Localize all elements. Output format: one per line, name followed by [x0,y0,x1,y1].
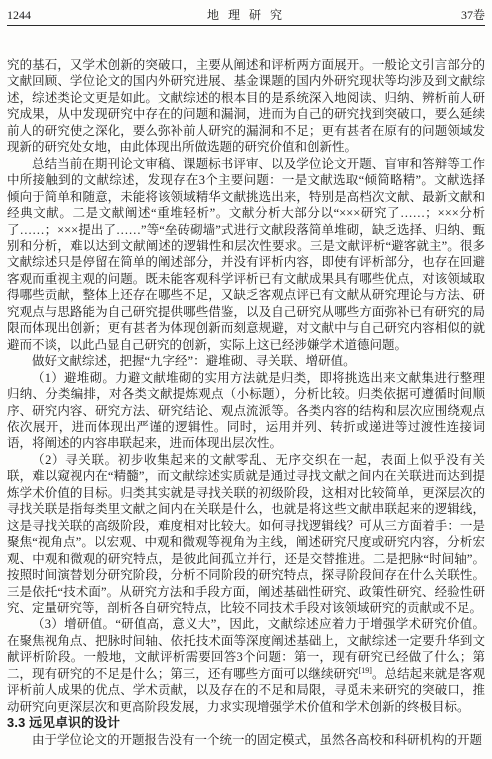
journal-page: 1244 地 理 研 究 37卷 究的基石，又学术创新的突破口，主要从阐述和评析… [0,0,492,759]
paragraph-point-2: （2）寻关联。初步收集起来的文献零乱、无序交织在一起，表面上似乎没有关联，难以窥… [7,452,485,617]
paragraph-nine-word-rule: 做好文献综述，把握“九字经”：避堆砌、寻关联、增研值。 [7,353,485,369]
paragraph-section-intro: 由于学位论文的开题报告没有一个统一的固定模式，虽然各高校和科研机构的开题 [7,732,485,748]
paragraph-three-problems: 总结当前在期刊论文审稿、课题标书评审、以及学位论文开题、盲审和答辩等工作中所接触… [7,156,485,353]
page-number: 1244 [7,8,31,22]
article-body: 究的基石，又学术创新的突破口，主要从阐述和评析两方面展开。一般论文引言部分的文献… [7,57,485,748]
paragraph-point-3: （3）增研值。“研值高，意义大”，因此，文献综述应着力于增强学术研究价值。在聚焦… [7,616,485,715]
paragraph-continuation: 究的基石，又学术创新的突破口，主要从阐述和评析两方面展开。一般论文引言部分的文献… [7,57,485,156]
page-header: 1244 地 理 研 究 37卷 [7,8,485,26]
citation-ref: [19] [359,666,372,675]
section-heading-3-3: 3.3 远见卓识的设计 [7,715,485,731]
volume-label: 37卷 [461,8,485,22]
journal-title: 地 理 研 究 [207,8,285,22]
paragraph-point-1: （1）避堆砌。力避文献堆砌的实用方法就是归类，即将挑选出来文献集进行整理归纳、分… [7,370,485,452]
